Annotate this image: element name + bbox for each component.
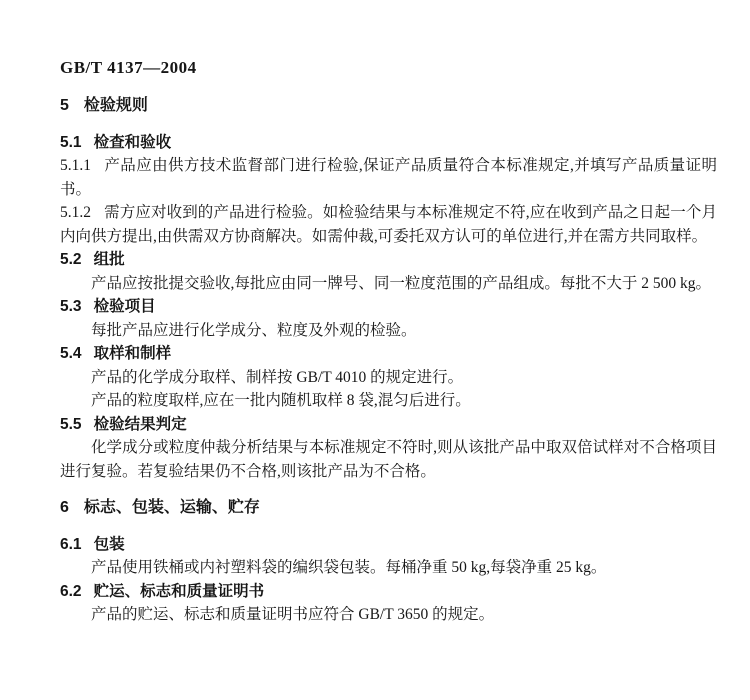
clause-heading: 6.2贮运、标志和质量证明书 [60, 580, 717, 604]
paragraph-5-4-a: 产品的化学成分取样、制样按 GB/T 4010 的规定进行。 [60, 366, 717, 390]
clause-number: 6.1 [60, 536, 82, 553]
clause-title: 检查和验收 [94, 134, 172, 151]
paragraph-5-2: 产品应按批提交验收,每批应由同一牌号、同一粒度范围的产品组成。每批不大于 2 5… [60, 272, 717, 296]
clause-heading: 5.2组批 [60, 248, 717, 272]
clause-heading: 5.3检验项目 [60, 295, 717, 319]
clause-title: 贮运、标志和质量证明书 [94, 583, 265, 600]
clause-5-4: 5.4取样和制样 产品的化学成分取样、制样按 GB/T 4010 的规定进行。 … [60, 342, 717, 413]
paragraph-text: 需方应对收到的产品进行检验。如检验结果与本标准规定不符,应在收到产品之日起一个月… [60, 204, 717, 245]
clause-6-2: 6.2贮运、标志和质量证明书 产品的贮运、标志和质量证明书应符合 GB/T 36… [60, 580, 717, 627]
section-title: 标志、包装、运输、贮存 [84, 499, 260, 516]
section-heading: 6标志、包装、运输、贮存 [60, 496, 717, 520]
paragraph-label: 5.1.1 [60, 157, 91, 174]
clause-heading: 5.5检验结果判定 [60, 413, 717, 437]
paragraph-6-1: 产品使用铁桶或内衬塑料袋的编织袋包装。每桶净重 50 kg,每袋净重 25 kg… [60, 556, 717, 580]
clause-5-1: 5.1检查和验收 5.1.1产品应由供方技术监督部门进行检验,保证产品质量符合本… [60, 131, 717, 249]
clause-title: 检验结果判定 [94, 416, 187, 433]
clause-title: 检验项目 [94, 298, 156, 315]
document-page: GB/T 4137—2004 5检验规则 5.1检查和验收 5.1.1产品应由供… [0, 0, 750, 700]
clause-5-3: 5.3检验项目 每批产品应进行化学成分、粒度及外观的检验。 [60, 295, 717, 342]
clause-number: 5.3 [60, 298, 82, 315]
clause-number: 5.4 [60, 345, 82, 362]
paragraph-text: 产品应由供方技术监督部门进行检验,保证产品质量符合本标准规定,并填写产品质量证明… [60, 157, 717, 198]
section-number: 5 [60, 97, 69, 114]
paragraph-5-1-1: 5.1.1产品应由供方技术监督部门进行检验,保证产品质量符合本标准规定,并填写产… [60, 154, 717, 201]
clause-5-5: 5.5检验结果判定 化学成分或粒度仲裁分析结果与本标准规定不符时,则从该批产品中… [60, 413, 717, 484]
paragraph-5-3: 每批产品应进行化学成分、粒度及外观的检验。 [60, 319, 717, 343]
paragraph-label: 5.1.2 [60, 204, 91, 221]
paragraph-5-1-2: 5.1.2需方应对收到的产品进行检验。如检验结果与本标准规定不符,应在收到产品之… [60, 201, 717, 248]
clause-5-2: 5.2组批 产品应按批提交验收,每批应由同一牌号、同一粒度范围的产品组成。每批不… [60, 248, 717, 295]
section-inspection-rules: 5检验规则 5.1检查和验收 5.1.1产品应由供方技术监督部门进行检验,保证产… [60, 94, 717, 483]
clause-heading: 6.1包装 [60, 533, 717, 557]
clause-6-1: 6.1包装 产品使用铁桶或内衬塑料袋的编织袋包装。每桶净重 50 kg,每袋净重… [60, 533, 717, 580]
section-title: 检验规则 [84, 97, 148, 114]
clause-title: 取样和制样 [94, 345, 172, 362]
paragraph-6-2: 产品的贮运、标志和质量证明书应符合 GB/T 3650 的规定。 [60, 603, 717, 627]
section-heading: 5检验规则 [60, 94, 717, 118]
clause-heading: 5.1检查和验收 [60, 131, 717, 155]
standard-number-header: GB/T 4137—2004 [60, 58, 717, 78]
clause-title: 组批 [94, 251, 125, 268]
clause-number: 6.2 [60, 583, 82, 600]
clause-number: 5.2 [60, 251, 82, 268]
paragraph-5-4-b: 产品的粒度取样,应在一批内随机取样 8 袋,混匀后进行。 [60, 389, 717, 413]
section-number: 6 [60, 499, 69, 516]
section-marking-packaging: 6标志、包装、运输、贮存 6.1包装 产品使用铁桶或内衬塑料袋的编织袋包装。每桶… [60, 496, 717, 627]
clause-number: 5.5 [60, 416, 82, 433]
paragraph-5-5: 化学成分或粒度仲裁分析结果与本标准规定不符时,则从该批产品中取双倍试样对不合格项… [60, 436, 717, 483]
clause-heading: 5.4取样和制样 [60, 342, 717, 366]
clause-number: 5.1 [60, 134, 82, 151]
clause-title: 包装 [94, 536, 125, 553]
